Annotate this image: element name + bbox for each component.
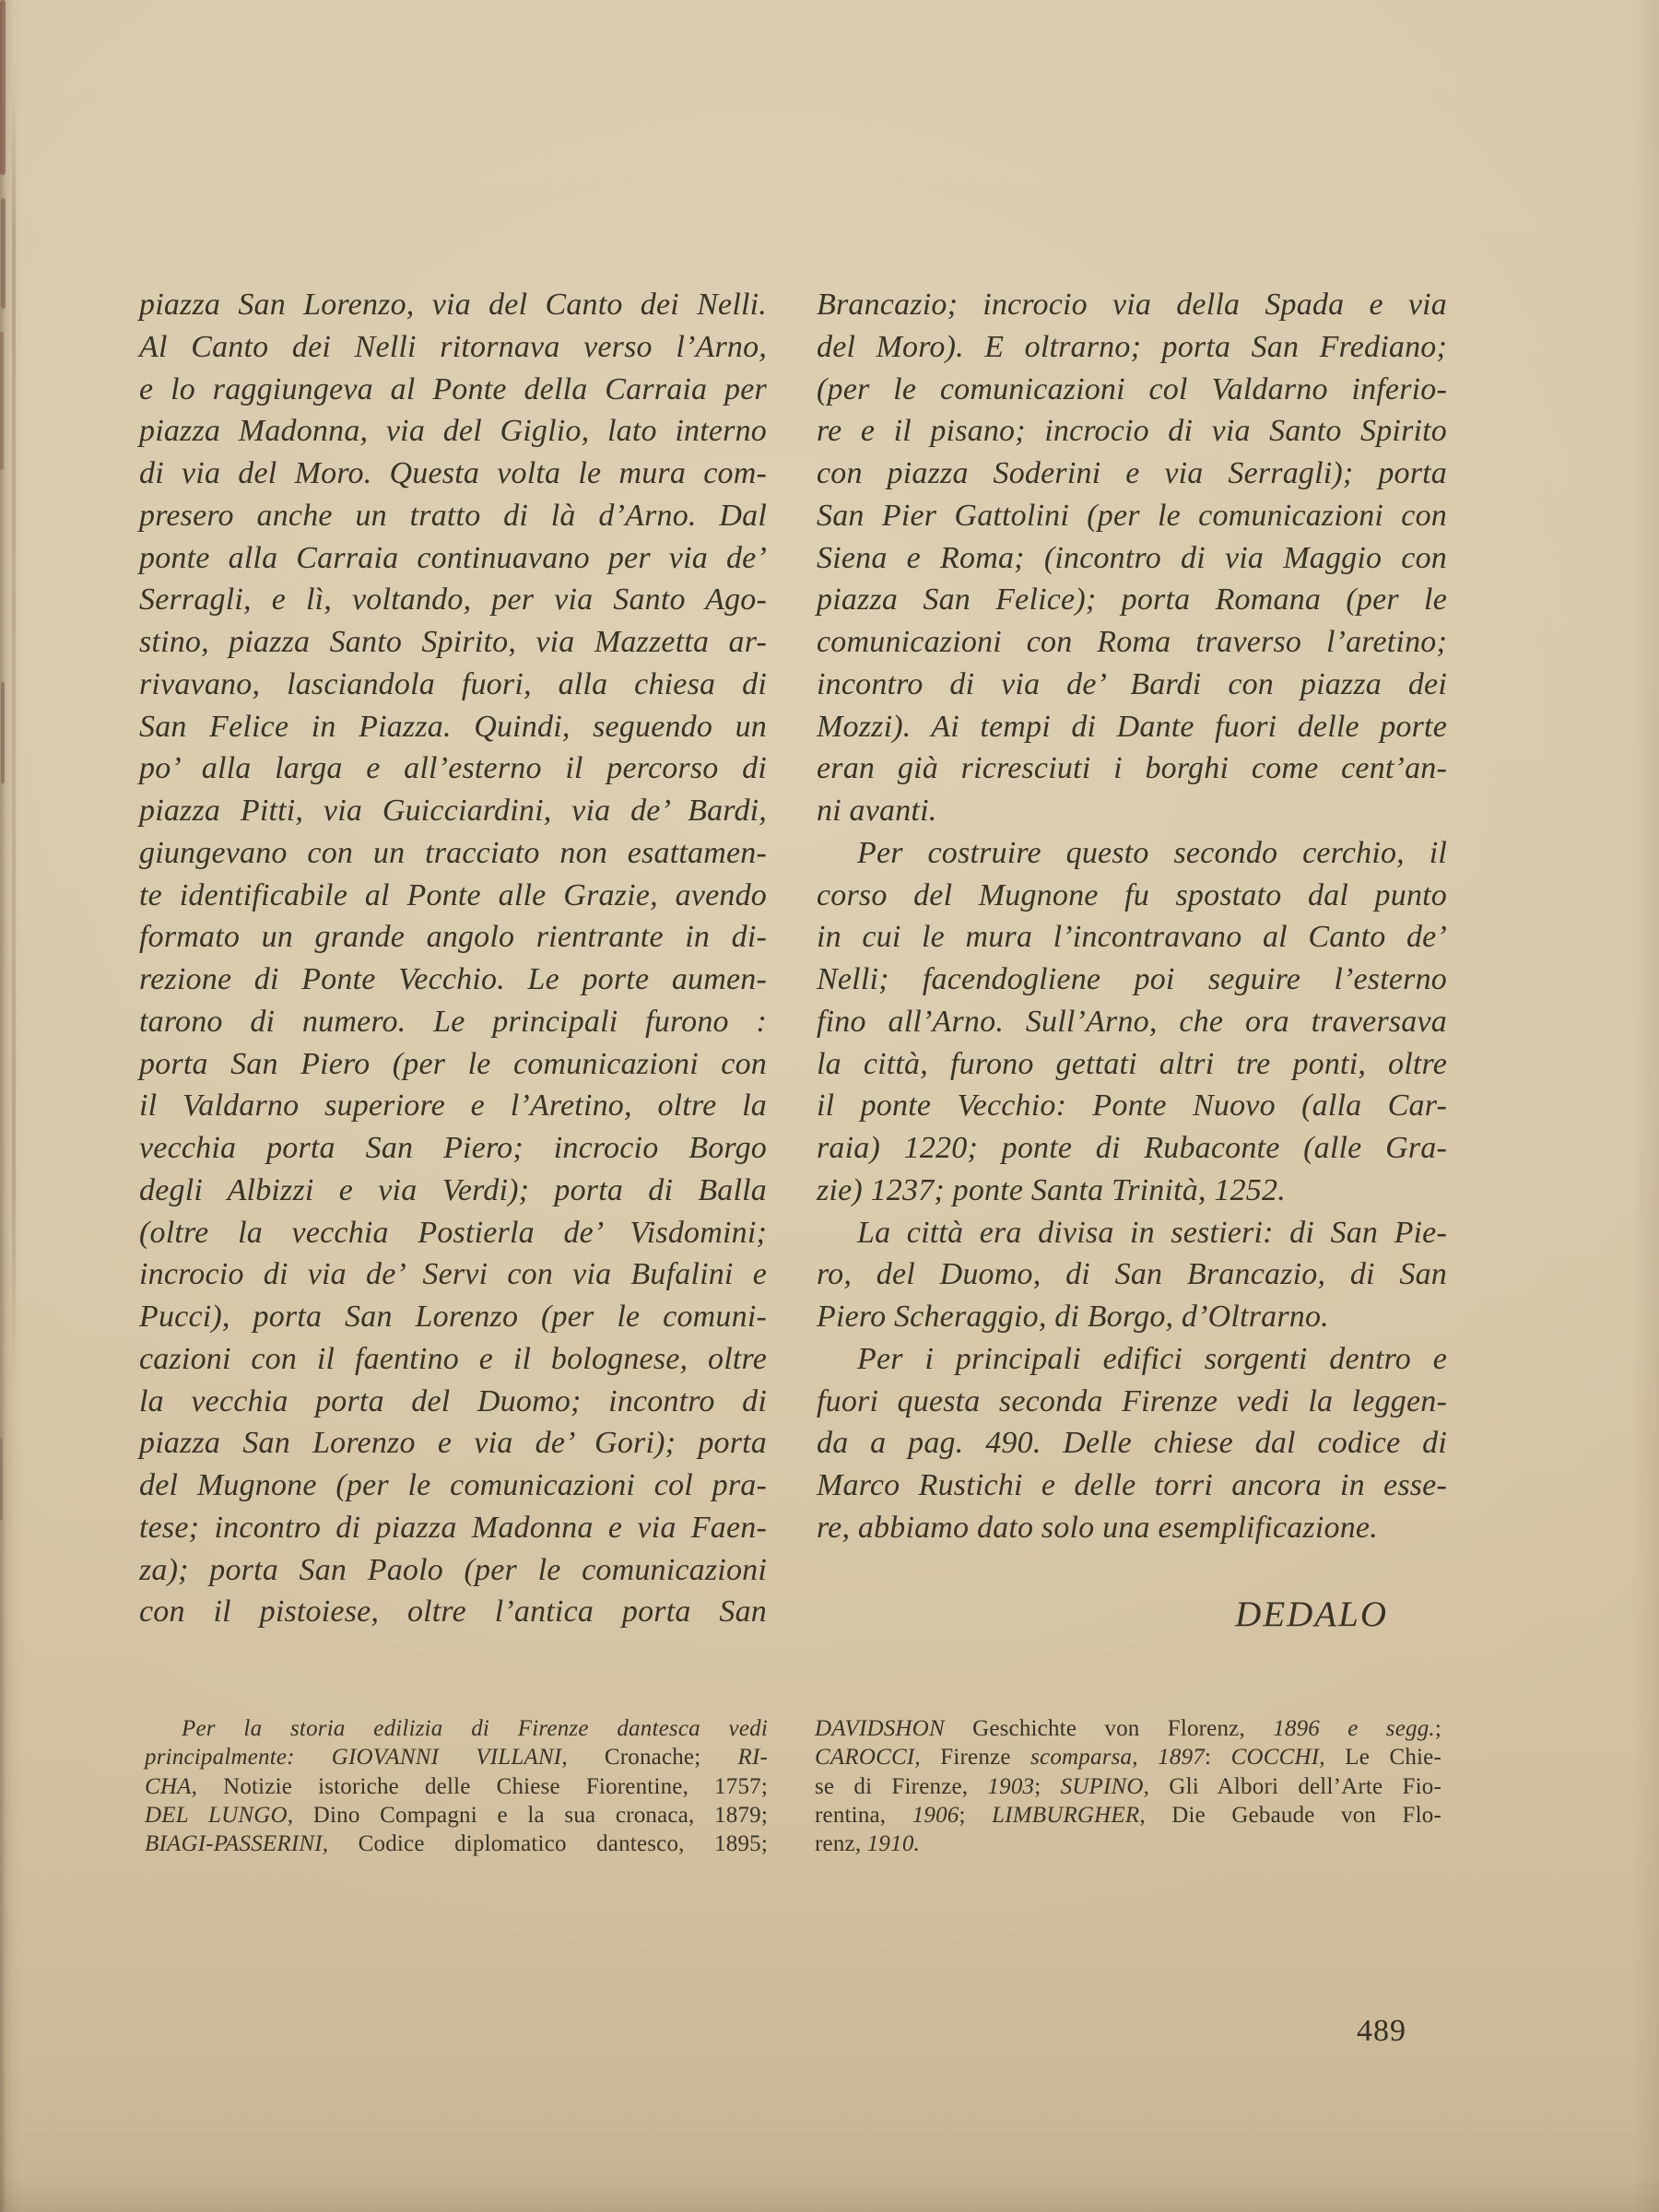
text-line: il Valdarno superiore e l’Aretino, oltre… [139,1085,767,1127]
text-line: incontro di via de’ Bardi con piazza dei [817,664,1447,706]
footnote-right-column: DAVIDSHON Geschichte von Florenz, 1896 e… [815,1714,1441,1858]
author-signature: DEDALO [817,1594,1447,1635]
text-line: DEL LUNGO, Dino Compagni e la sua cronac… [145,1801,768,1830]
text-run: BIAGI-PASSERINI, [145,1831,359,1856]
text-line: formato un grande angolo rientrante in d… [139,916,767,959]
text-line: presero anche un tratto di là d’Arno. Da… [139,495,767,537]
text-line: tarono di numero. Le principali furono : [139,1001,767,1043]
text-line: giungevano con un tracciato non esattame… [139,832,767,875]
text-line: piazza Pitti, via Guicciardini, via de’ … [139,790,767,832]
text-line: incrocio di via de’ Servi con via Bufali… [139,1253,767,1296]
text-line: re e il pisano; incrocio di via Santo Sp… [817,410,1447,453]
binding-mark [0,332,4,470]
text-line: di via del Moro. Questa volta le mura co… [139,453,767,495]
text-line: po’ alla larga e all’esterno il percorso… [139,747,767,790]
text-run: 1910. [867,1831,920,1856]
text-line: il ponte Vecchio: Ponte Nuovo (alla Car- [817,1085,1447,1127]
text-run: ; [959,1803,993,1828]
page-left-edge-shadow [0,0,24,2212]
binding-mark [1,198,6,309]
text-run: Notizie istoriche delle Chiese Fiorentin… [223,1774,768,1799]
text-line: DAVIDSHON Geschichte von Florenz, 1896 e… [815,1714,1441,1743]
text-line: fino all’Arno. Sull’Arno, che ora traver… [817,1001,1447,1043]
text-run: rentina, [815,1803,912,1828]
text-run: DEL LUNGO, [145,1803,313,1828]
text-run: scomparsa, 1897 [1030,1745,1205,1770]
text-line: corso del Mugnone fu spostato dal punto [817,875,1447,917]
text-run: COCCHI, [1231,1745,1346,1770]
text-line: rivavano, lasciandola fuori, alla chiesa… [139,664,767,706]
text-line: re, abbiamo dato solo una esemplificazio… [817,1507,1447,1549]
text-run: CHA, [145,1774,223,1799]
page-right-edge-shadow [1631,0,1659,2212]
text-run: : [1205,1745,1231,1770]
text-line: Marco Rustichi e delle torri ancora in e… [817,1465,1447,1507]
text-run: ; [1435,1716,1441,1741]
text-line: zie) 1237; ponte Santa Trinità, 1252. [817,1170,1447,1212]
text-line: Per la storia edilizia di Firenze dantes… [145,1714,768,1743]
text-line: za); porta San Paolo (per le comunicazio… [139,1549,767,1592]
text-run: 1896 e segg. [1273,1716,1435,1741]
text-line: te identificabile al Ponte alle Grazie, … [139,875,767,917]
text-line: stino, piazza Santo Spirito, via Mazzett… [139,621,767,664]
text-line: ni avanti. [817,790,1447,832]
text-line: rentina, 1906; LIMBURGHER, Die Gebaude v… [815,1801,1441,1830]
text-run: renz, [815,1831,867,1856]
text-line: tese; incontro di piazza Madonna e via F… [139,1507,767,1549]
text-run: 1906 [912,1803,959,1828]
text-line: Nelli; facendogliene poi seguire l’ester… [817,959,1447,1001]
text-line: Serragli, e lì, voltando, per via Santo … [139,579,767,621]
text-line: vecchia porta San Piero; incrocio Borgo [139,1127,767,1170]
text-line: del Moro). E oltrarno; porta San Fredian… [817,326,1447,369]
text-line: Per i principali edifici sorgenti dentro… [817,1338,1447,1381]
text-line: principalmente: GIOVANNI VILLANI, Cronac… [145,1743,768,1771]
text-run: Cronache; [605,1745,738,1770]
text-line: CAROCCI, Firenze scomparsa, 1897: COCCHI… [815,1743,1441,1771]
text-run: Per la storia edilizia di Firenze dantes… [182,1716,768,1741]
page-number: 489 [1357,2014,1406,2049]
main-text-left-column: piazza San Lorenzo, via del Canto dei Ne… [139,284,767,1633]
text-line: piazza San Felice); porta Romana (per le [817,579,1447,621]
text-run: Die Gebaude von Flo- [1171,1803,1441,1828]
paper-crease [12,83,16,1392]
text-line: rezione di Ponte Vecchio. Le porte aumen… [139,959,767,1001]
text-line: Brancazio; incrocio via della Spada e vi… [817,284,1447,326]
book-page: piazza San Lorenzo, via del Canto dei Ne… [0,0,1659,2212]
text-run: CAROCCI, [815,1745,940,1770]
text-line: BIAGI-PASSERINI, Codice diplomatico dant… [145,1830,768,1858]
text-line: Per costruire questo secondo cerchio, il [817,832,1447,875]
text-run: LIMBURGHER, [992,1803,1171,1828]
footnote-left-column: Per la storia edilizia di Firenze dantes… [145,1714,768,1858]
main-text-right-column: Brancazio; incrocio via della Spada e vi… [817,284,1447,1549]
text-run: Dino Compagni e la sua cronaca, 1879; [313,1803,768,1828]
text-line: San Pier Gattolini (per le comunicazioni… [817,495,1447,537]
text-run: 1903 [987,1774,1034,1799]
text-line: porta San Piero (per le comunicazioni co… [139,1043,767,1086]
binding-mark [0,0,6,175]
text-line: se di Firenze, 1903; SUPINO, Gli Albori … [815,1772,1441,1801]
text-run: ; [1034,1774,1060,1799]
text-line: con piazza Soderini e via Serragli); por… [817,453,1447,495]
text-run: Firenze [940,1745,1030,1770]
text-line: raia) 1220; ponte di Rubaconte (alle Gra… [817,1127,1447,1170]
text-run: Geschichte von Florenz, [972,1716,1273,1741]
text-line: Al Canto dei Nelli ritornava verso l’Arn… [139,326,767,369]
text-run: SUPINO, [1061,1774,1170,1799]
text-run: DAVIDSHON [815,1716,972,1741]
text-line: comunicazioni con Roma traverso l’aretin… [817,621,1447,664]
text-line: Pucci), porta San Lorenzo (per le comuni… [139,1296,767,1338]
text-line: Siena e Roma; (incontro di via Maggio co… [817,537,1447,580]
text-line: San Felice in Piazza. Quindi, seguendo u… [139,706,767,748]
text-run: Codice diplomatico dantesco, 1895; [359,1831,768,1856]
text-line: e lo raggiungeva al Ponte della Carraia … [139,369,767,411]
text-line: piazza San Lorenzo, via del Canto dei Ne… [139,284,767,326]
text-line: in cui le mura l’incontravano al Canto d… [817,916,1447,959]
text-line: (per le comunicazioni col Valdarno infer… [817,369,1447,411]
text-line: del Mugnone (per le comunicazioni col pr… [139,1465,767,1507]
text-run: GIOVANNI VILLANI, [332,1745,605,1770]
text-line: renz, 1910. [815,1830,1441,1858]
text-line: ponte alla Carraia continuavano per via … [139,537,767,580]
text-line: La città era divisa in sestieri: di San … [817,1212,1447,1254]
text-run: RI- [737,1745,768,1770]
text-run: principalmente: [145,1745,332,1770]
binding-mark [1,682,5,783]
text-line: ro, del Duomo, di San Brancazio, di San [817,1253,1447,1296]
text-line: piazza Madonna, via del Giglio, lato int… [139,410,767,453]
text-run: Le Chie- [1345,1745,1441,1770]
text-run: Gli Albori dell’Arte Fio- [1169,1774,1441,1799]
binding-mark [0,1438,3,1521]
text-line: cazioni con il faentino e il bolognese, … [139,1338,767,1381]
text-line: la città, furono gettati altri tre ponti… [817,1043,1447,1086]
text-line: piazza San Lorenzo e via de’ Gori); port… [139,1422,767,1465]
text-line: Mozzi). Ai tempi di Dante fuori delle po… [817,706,1447,748]
text-line: eran già ricresciuti i borghi come cent’… [817,747,1447,790]
text-line: la vecchia porta del Duomo; incontro di [139,1381,767,1423]
text-line: fuori questa seconda Firenze vedi la leg… [817,1381,1447,1423]
text-line: degli Albizzi e via Verdi); porta di Bal… [139,1170,767,1212]
text-line: (oltre la vecchia Postierla de’ Visdomin… [139,1212,767,1254]
text-line: da a pag. 490. Delle chiese dal codice d… [817,1422,1447,1465]
text-line: Piero Scheraggio, di Borgo, d’Oltrarno. [817,1296,1447,1338]
text-line: CHA, Notizie istoriche delle Chiese Fior… [145,1772,768,1801]
text-line: con il pistoiese, oltre l’antica porta S… [139,1591,767,1633]
page-bottom-edge-shadow [0,2175,1659,2212]
text-run: se di Firenze, [815,1774,987,1799]
